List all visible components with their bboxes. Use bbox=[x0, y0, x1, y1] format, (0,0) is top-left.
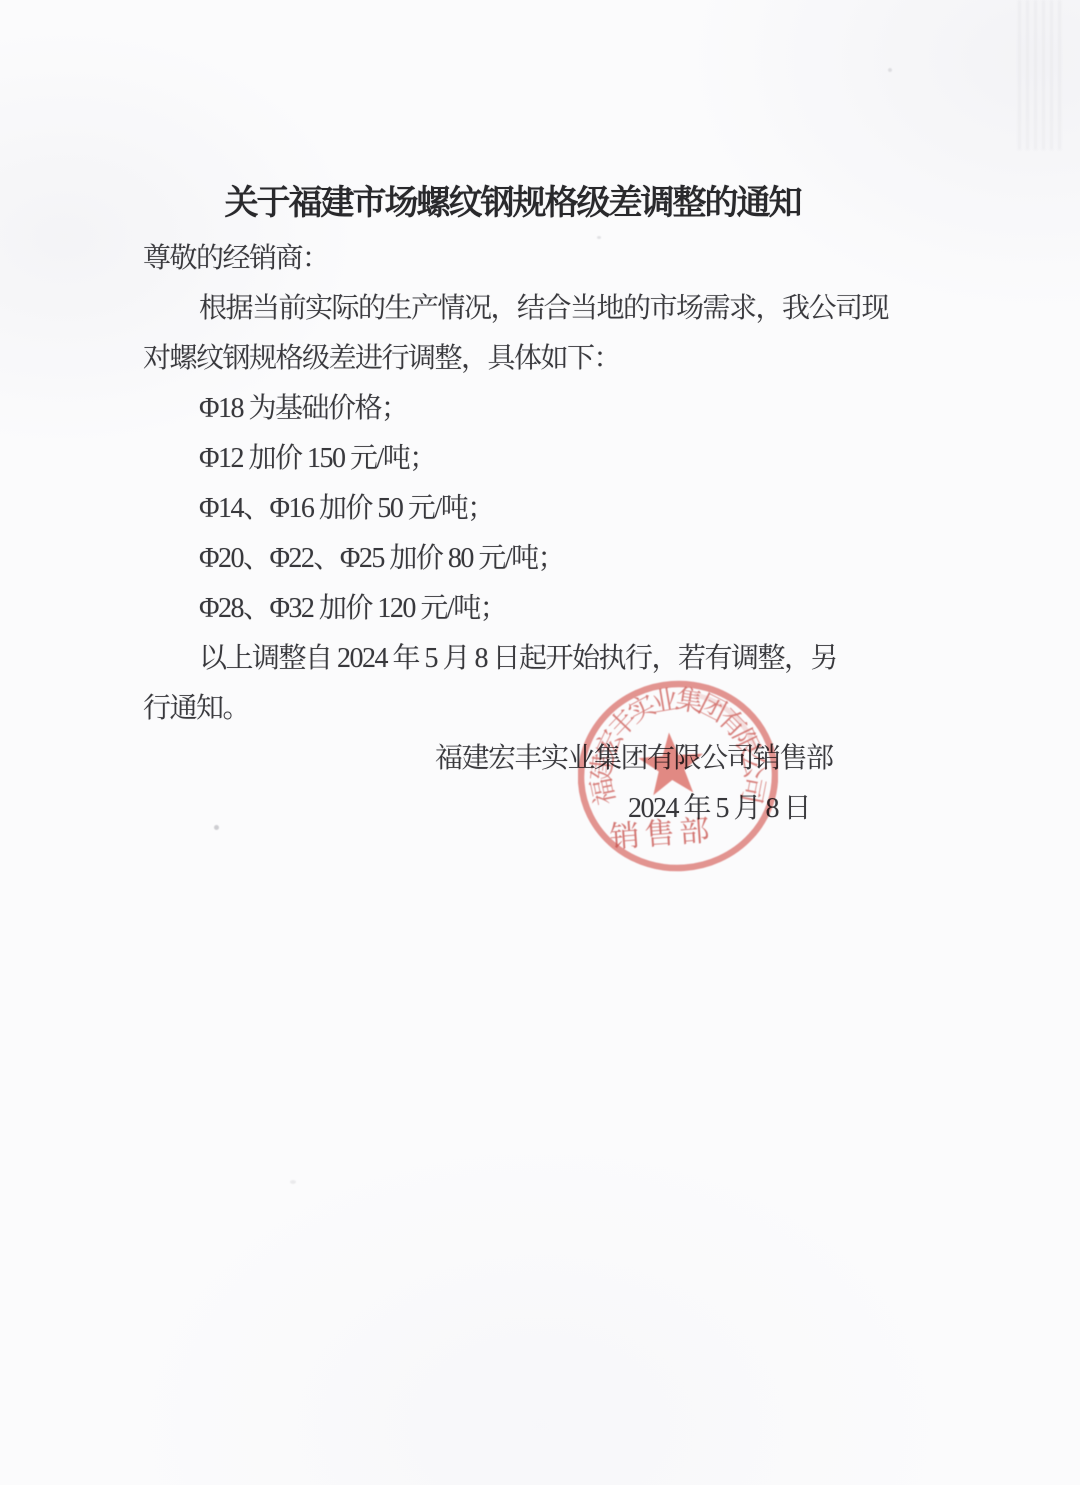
scanned-notice-page: 关于福建市场螺纹钢规格级差调整的通知 尊敬的经销商： 根据当前实际的生产情况，结… bbox=[0, 0, 1080, 1485]
spec-item-5: Φ28、Φ32 加价 120 元/吨； bbox=[143, 584, 882, 634]
scan-artifact-streaks bbox=[1018, 0, 1066, 150]
spec-item-3: Φ14、Φ16 加价 50 元/吨； bbox=[143, 484, 882, 534]
notice-title: 关于福建市场螺纹钢规格级差调整的通知 bbox=[143, 182, 882, 224]
spec-item-2: Φ12 加价 150 元/吨； bbox=[143, 434, 882, 484]
seal-star-icon bbox=[637, 730, 706, 796]
scan-speck bbox=[290, 1180, 296, 1184]
salutation-line: 尊敬的经销商： bbox=[143, 234, 882, 284]
seal-ring-char: 司 bbox=[735, 774, 770, 806]
spec-item-4: Φ20、Φ22、Φ25 加价 80 元/吨； bbox=[143, 534, 882, 584]
company-seal: 福建宏丰实业集团有限公司 销售部 bbox=[578, 676, 778, 876]
seal-ring-text: 福建宏丰实业集团有限公司 bbox=[580, 678, 772, 819]
intro-line-2: 对螺纹钢规格级差进行调整，具体如下： bbox=[143, 334, 882, 384]
intro-line-1: 根据当前实际的生产情况，结合当地的市场需求，我公司现 bbox=[143, 284, 882, 334]
scan-speck bbox=[888, 68, 892, 72]
spec-item-1: Φ18 为基础价格； bbox=[143, 384, 882, 434]
seal-department-text: 销售部 bbox=[609, 814, 716, 854]
